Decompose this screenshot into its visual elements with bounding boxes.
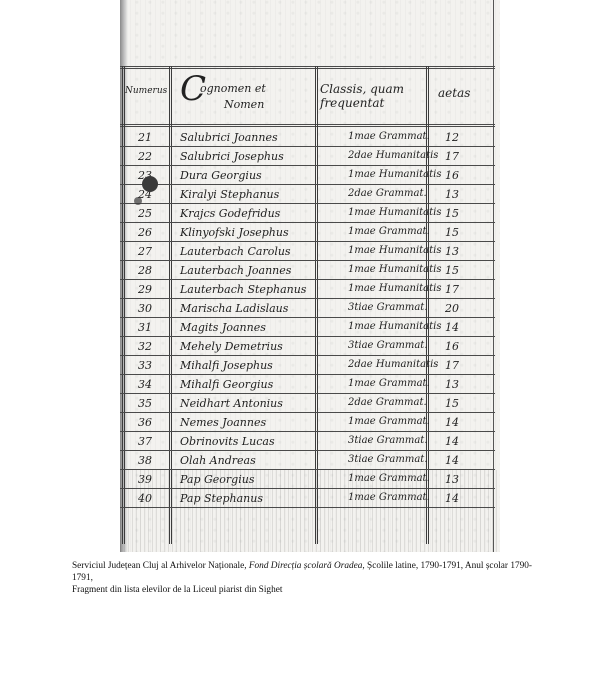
student-age: 16 [445, 340, 475, 353]
header-name-line1: ognomen et [200, 82, 266, 95]
ink-blot [134, 197, 142, 205]
register-row: 37Obrinovits Lucas3tiae Grammat.14 [120, 432, 495, 451]
header-class: Classis, quam frequentat [320, 82, 430, 134]
header-top-rule [120, 66, 495, 69]
student-name: Neidhart Antonius [180, 397, 320, 410]
student-age: 15 [445, 207, 475, 220]
row-number: 32 [138, 340, 168, 353]
student-name: Mehely Demetrius [180, 340, 320, 353]
student-name: Kiralyi Stephanus [180, 188, 320, 201]
student-class: 1mae Humanitatis [348, 169, 448, 180]
student-class: 1mae Humanitatis [348, 207, 448, 218]
student-class: 2dae Humanitatis [348, 359, 448, 370]
student-class: 2dae Grammat. [348, 188, 448, 199]
register-row: 30Marischa Ladislaus3tiae Grammat.20 [120, 299, 495, 318]
register-row: 36Nemes Joannes1mae Grammat.14 [120, 413, 495, 432]
row-rule [120, 488, 495, 489]
student-name: Pap Georgius [180, 473, 320, 486]
student-class: 3tiae Grammat. [348, 454, 448, 465]
row-number: 30 [138, 302, 168, 315]
register-row: 23Dura Georgius1mae Humanitatis16 [120, 166, 495, 185]
student-age: 15 [445, 264, 475, 277]
student-name: Salubrici Josephus [180, 150, 320, 163]
student-name: Mihalfi Georgius [180, 378, 320, 391]
register-row: 32Mehely Demetrius3tiae Grammat.16 [120, 337, 495, 356]
student-class: 1mae Grammat. [348, 131, 448, 142]
figure-caption: Serviciul Județean Cluj al Arhivelor Naț… [72, 560, 552, 596]
student-age: 14 [445, 492, 475, 505]
student-age: 17 [445, 150, 475, 163]
row-number: 22 [138, 150, 168, 163]
student-class: 1mae Humanitatis [348, 264, 448, 275]
register-row: 31Magits Joannes1mae Humanitatis14 [120, 318, 495, 337]
student-age: 17 [445, 359, 475, 372]
ink-blot [142, 176, 158, 192]
register-row: 28Lauterbach Joannes1mae Humanitatis15 [120, 261, 495, 280]
student-class: 1mae Grammat. [348, 378, 448, 389]
student-name: Magits Joannes [180, 321, 320, 334]
student-name: Lauterbach Stephanus [180, 283, 320, 296]
register-row: 24Kiralyi Stephanus2dae Grammat.13 [120, 185, 495, 204]
row-rule [120, 469, 495, 470]
student-class: 1mae Grammat. [348, 416, 448, 427]
row-number: 25 [138, 207, 168, 220]
student-age: 12 [445, 131, 475, 144]
student-age: 15 [445, 226, 475, 239]
student-class: 2dae Humanitatis [348, 150, 448, 161]
student-name: Dura Georgius [180, 169, 320, 182]
row-number: 34 [138, 378, 168, 391]
student-name: Nemes Joannes [180, 416, 320, 429]
register-row: 33Mihalfi Josephus2dae Humanitatis17 [120, 356, 495, 375]
student-age: 14 [445, 416, 475, 429]
row-number: 39 [138, 473, 168, 486]
header-name-line2: Nomen [224, 98, 264, 111]
register-row: 22Salubrici Josephus2dae Humanitatis17 [120, 147, 495, 166]
student-class: 2dae Grammat. [348, 397, 448, 408]
register-row: 25Krajcs Godefridus1mae Humanitatis15 [120, 204, 495, 223]
caption-source: Serviciul Județean Cluj al Arhivelor Naț… [72, 561, 249, 571]
row-number: 27 [138, 245, 168, 258]
row-number: 26 [138, 226, 168, 239]
student-name: Mihalfi Josephus [180, 359, 320, 372]
student-age: 14 [445, 321, 475, 334]
student-age: 13 [445, 473, 475, 486]
caption-fond: Fond Direcția școlară Oradea [249, 561, 363, 571]
student-class: 1mae Humanitatis [348, 283, 448, 294]
row-number: 36 [138, 416, 168, 429]
student-age: 14 [445, 435, 475, 448]
student-class: 1mae Humanitatis [348, 321, 448, 332]
row-number: 28 [138, 264, 168, 277]
register-row: 26Klinyofski Josephus1mae Grammat.15 [120, 223, 495, 242]
student-name: Klinyofski Josephus [180, 226, 320, 239]
student-class: 1mae Grammat. [348, 473, 448, 484]
row-number: 31 [138, 321, 168, 334]
student-class: 1mae Grammat. [348, 226, 448, 237]
student-name: Obrinovits Lucas [180, 435, 320, 448]
register-row: 38Olah Andreas3tiae Grammat.14 [120, 451, 495, 470]
student-class: 1mae Humanitatis [348, 245, 448, 256]
register-row: 21Salubrici Joannes1mae Grammat.12 [120, 128, 495, 147]
row-rule [120, 507, 495, 508]
row-number: 29 [138, 283, 168, 296]
student-name: Lauterbach Joannes [180, 264, 320, 277]
student-name: Olah Andreas [180, 454, 320, 467]
scanned-register-image: Numerus C ognomen et Nomen Classis, quam… [120, 0, 500, 552]
row-number: 38 [138, 454, 168, 467]
register-row: 39Pap Georgius1mae Grammat.13 [120, 470, 495, 489]
student-name: Salubrici Joannes [180, 131, 320, 144]
register-row: 40Pap Stephanus1mae Grammat.14 [120, 489, 495, 508]
register-row: 29Lauterbach Stephanus1mae Humanitatis17 [120, 280, 495, 299]
student-class: 3tiae Grammat. [348, 435, 448, 446]
student-age: 20 [445, 302, 475, 315]
register-row: 35Neidhart Antonius2dae Grammat.15 [120, 394, 495, 413]
student-name: Krajcs Godefridus [180, 207, 320, 220]
row-number: 21 [138, 131, 168, 144]
student-age: 13 [445, 188, 475, 201]
student-age: 14 [445, 454, 475, 467]
row-number: 33 [138, 359, 168, 372]
student-name: Marischa Ladislaus [180, 302, 320, 315]
student-class: 3tiae Grammat. [348, 302, 448, 313]
student-age: 13 [445, 378, 475, 391]
register-row: 27Lauterbach Carolus1mae Humanitatis13 [120, 242, 495, 261]
student-age: 15 [445, 397, 475, 410]
row-number: 40 [138, 492, 168, 505]
student-age: 17 [445, 283, 475, 296]
student-class: 3tiae Grammat. [348, 340, 448, 351]
row-number: 35 [138, 397, 168, 410]
student-name: Pap Stephanus [180, 492, 320, 505]
register-row: 34Mihalfi Georgius1mae Grammat.13 [120, 375, 495, 394]
student-age: 16 [445, 169, 475, 182]
caption-line2: Fragment din lista elevilor de la Liceul… [72, 585, 282, 595]
row-number: 37 [138, 435, 168, 448]
student-class: 1mae Grammat. [348, 492, 448, 503]
student-name: Lauterbach Carolus [180, 245, 320, 258]
student-age: 13 [445, 245, 475, 258]
